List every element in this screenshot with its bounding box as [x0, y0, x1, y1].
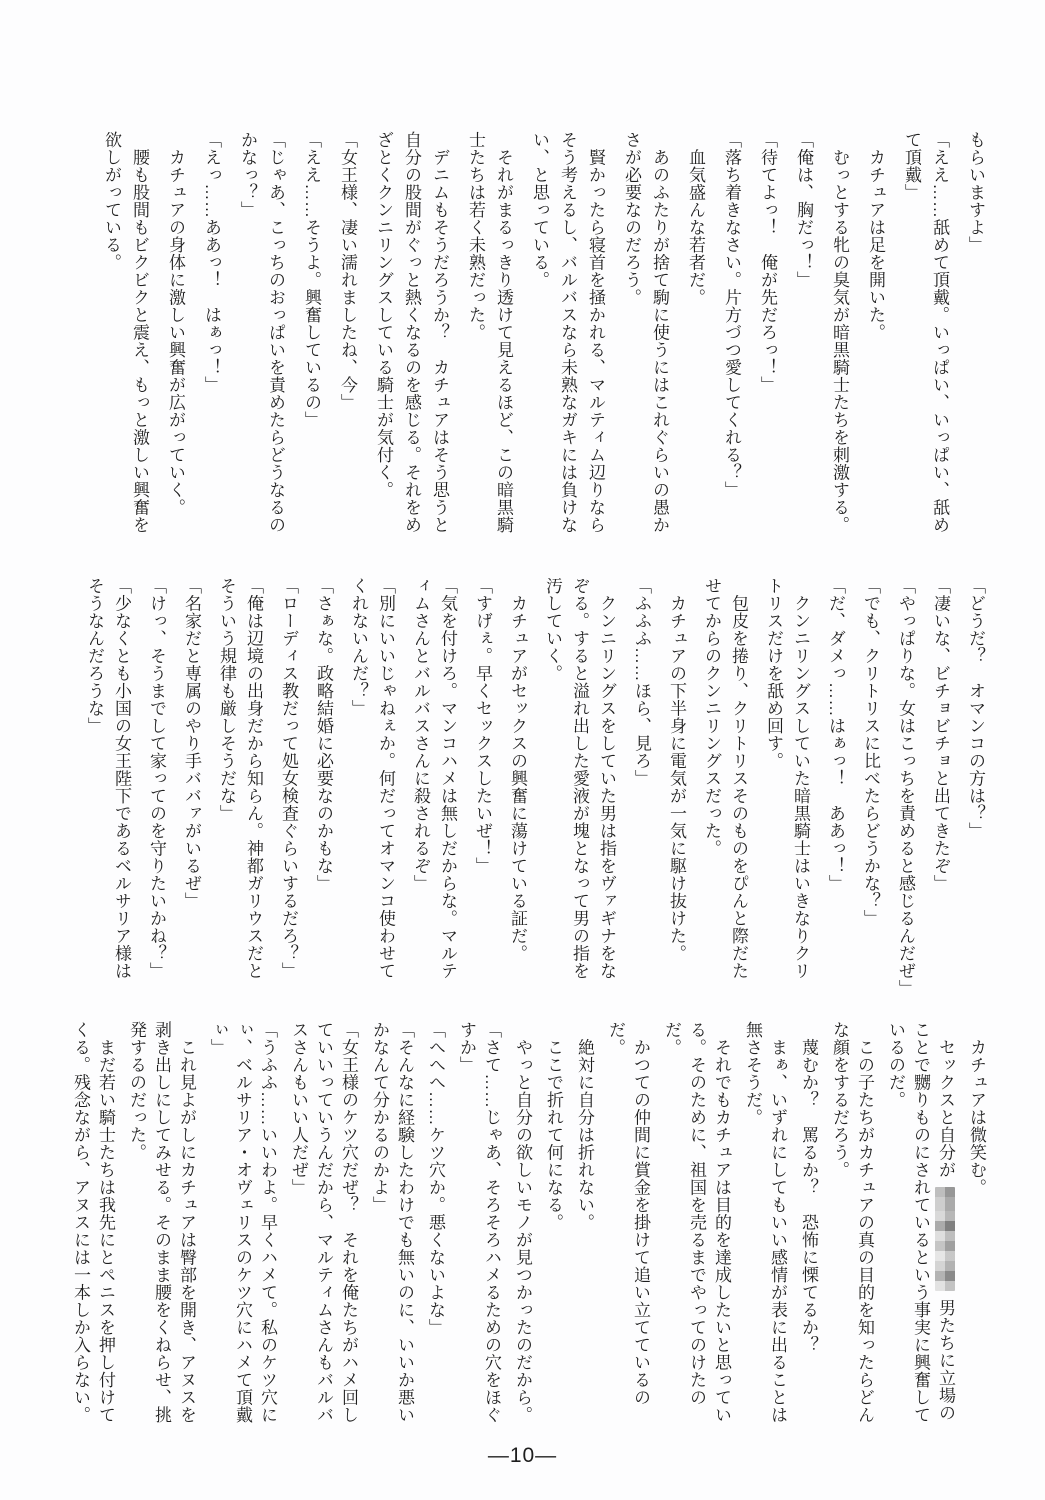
- paragraph: 「女王様、凄い濡れましたね、今」: [333, 131, 361, 543]
- paragraph: 「どうだ？ オマンコの方は？」: [962, 577, 989, 989]
- paragraph: クンニリングスしていた暗黒騎士はいきなりクリトリスだけを舐め回す。: [760, 577, 814, 989]
- page-number: —10—: [0, 1444, 1045, 1468]
- paragraph: カチュアの下半身に電気が一気に駆け抜けた。: [663, 577, 690, 989]
- paragraph: かつての仲間に賞金を掛けて追い立てているのだ。: [603, 1021, 653, 1433]
- paragraph: それがまるっきり透けて見えるほど、この暗黒騎士たちは若く未熟だった。: [461, 131, 517, 543]
- paragraph: 包皮を捲り、クリトリスそのものをぴんと際だたせてからのクンニリングスだった。: [698, 577, 752, 989]
- paragraph: 「へへへ……ケツ穴か。悪くないよな」: [423, 1021, 448, 1433]
- paragraph: クンニリングスをしていた男は指をヴァギナをなぞる。すると溢れ出した愛液が塊となっ…: [539, 577, 620, 989]
- paragraph: まぁ、いずれにしてもいい感情が表に出ることは無さそうだ。: [740, 1021, 790, 1433]
- paragraph: 「さて……じゃあ、そろそろハメるための穴をほぐすか」: [454, 1021, 504, 1433]
- paragraph: 「えっ……ああっ！ はぁっ！」: [197, 131, 225, 543]
- paragraph: むっとする牝の臭気が暗黒騎士たちを刺激する。: [825, 131, 853, 543]
- paragraph: これ見よがしにカチュアは臀部を開き、アヌスを剥き出しにしてみせる。そのまま腰をく…: [124, 1021, 199, 1433]
- paragraph: 「俺は、胸だっ！」: [789, 131, 817, 543]
- paragraph: 「凄いな、ビチョビチョと出てきたぞ」: [927, 577, 954, 989]
- paragraph: まだ若い騎士たちは我先にとペニスを押し付けてくる。残念ながら、アヌスには一本しか…: [68, 1021, 118, 1433]
- paragraph: 「落ち着きなさい。片方づつ愛してくれる？」: [717, 131, 745, 543]
- text-band-middle: 「どうだ？ オマンコの方は？」 「凄いな、ビチョビチョと出てきたぞ」 「やっぱり…: [73, 577, 989, 989]
- paragraph: 「待てよっ！ 俺が先だろっ！」: [753, 131, 781, 543]
- paragraph: 「ええ……そうよ。興奮しているの」: [297, 131, 325, 543]
- paragraph: 「女王様のケツ穴だぜ？ それを俺たちがハメ回していいっていうんだから、マルティム…: [286, 1021, 361, 1433]
- paragraph: 「うふふ……いいわよ。早くハメて。私のケツ穴にぃ、ベルサリア・オヴェリスのケツ穴…: [205, 1021, 280, 1433]
- paragraph: やっと自分の欲しいモノが見つかったのだから。: [510, 1021, 535, 1433]
- censored-paragraph-before: セックスと自分が: [936, 1021, 955, 1179]
- paragraph: 蔑むか？ 罵るか？ 恐怖に慄てるか？: [796, 1021, 821, 1433]
- paragraph: カチュアの身体に激しい興奮が広がっていく。: [161, 131, 189, 543]
- paragraph-with-censor: セックスと自分が 男たちに立場のことで嬲りものにされているという事実に興奮してい…: [883, 1021, 958, 1433]
- paragraph: カチュアは足を開いた。: [861, 131, 889, 543]
- paragraph: 「すげぇ。早くセックスしたいぜ！」: [469, 577, 496, 989]
- paragraph: この子たちがカチュアの真の目的を知ったらどんな顔をするだろう。: [827, 1021, 877, 1433]
- paragraph: 絶対に自分は折れない。: [572, 1021, 597, 1433]
- paragraph: 「ローディス教だって処女検査ぐらいするだろ？」: [275, 577, 302, 989]
- scanned-novel-page: もらいますよ」 「ええ……舐めて頂戴。いっぱい、いっぱい、舐めて頂戴」 カチュア…: [0, 0, 1045, 1500]
- paragraph: 「やっぱりな。女はこっちを責めると感じるんだぜ」: [892, 577, 919, 989]
- paragraph: あのふたりが捨て駒に使うにはこれぐらいの愚かさが必要なのだろう。: [617, 131, 673, 543]
- paragraph: カチュアがセックスの興奮に蕩けている証だ。: [504, 577, 531, 989]
- paragraph: 血気盛んな若者だ。: [681, 131, 709, 543]
- paragraph: 腰も股間もビクビクと震え、もっと激しい興奮を欲しがっている。: [97, 131, 153, 543]
- paragraph: 「そんなに経験したわけでも無いのに、いいか悪いかなんて分かるのかよ」: [367, 1021, 417, 1433]
- paragraph: それでもカチュアは目的を達成したいと思っている。そのために、祖国を売るまでやって…: [659, 1021, 734, 1433]
- paragraph: 「ええ……舐めて頂戴。いっぱい、いっぱい、舐めて頂戴」: [897, 131, 953, 543]
- paragraph: 「じゃあ、こっちのおっぱいを責めたらどうなるのかなっ？」: [233, 131, 289, 543]
- paragraph: 「さぁな。政略結婚に必要なのかもな」: [310, 577, 337, 989]
- paragraph: 「名家だと専属のやり手ババァがいるぜ」: [178, 577, 205, 989]
- paragraph: もらいますよ」: [961, 131, 989, 543]
- paragraph: 「でも、クリトリスに比べたらどうかな？」: [857, 577, 884, 989]
- text-band-top: もらいますよ」 「ええ……舐めて頂戴。いっぱい、いっぱい、舐めて頂戴」 カチュア…: [89, 131, 989, 543]
- paragraph: 「少なくとも小国の女王陛下であるベルサリア様はそうなんだろうな」: [81, 577, 135, 989]
- paragraph: 「ふふふ……ほら、見ろ」: [628, 577, 655, 989]
- paragraph: デニムもそうだろうか？ カチュアはそう思うと自分の股間がぐっと熱くなるのを感じる…: [369, 131, 453, 543]
- paragraph: 「けっ、そうまでして家ってのを守りたいかね？」: [143, 577, 170, 989]
- paragraph: カチュアは微笑む。: [964, 1021, 989, 1433]
- paragraph: 「気を付けろ。マンコハメは無しだからな。マルティムさんとバルバスさんに殺されるぞ…: [407, 577, 461, 989]
- mosaic-censor-block: [935, 1187, 955, 1291]
- paragraph: ここで折れて何になる。: [541, 1021, 566, 1433]
- paragraph: 「別にいいじゃねぇか。何だってオマンコ使わせてくれないんだ？」: [345, 577, 399, 989]
- paragraph: 「俺は辺境の出身だから知らん。神都ガリウスだとそういう規律も厳しそうだな」: [213, 577, 267, 989]
- paragraph: 賢かったら寝首を掻かれる、マルティム辺りならそう考えるし、バルバスなら未熟なガキ…: [525, 131, 609, 543]
- paragraph: 「だ、ダメっ……はぁっ！ ああっ！」: [822, 577, 849, 989]
- text-band-bottom: カチュアは微笑む。 セックスと自分が 男たちに立場のことで嬲りものにされていると…: [62, 1021, 989, 1433]
